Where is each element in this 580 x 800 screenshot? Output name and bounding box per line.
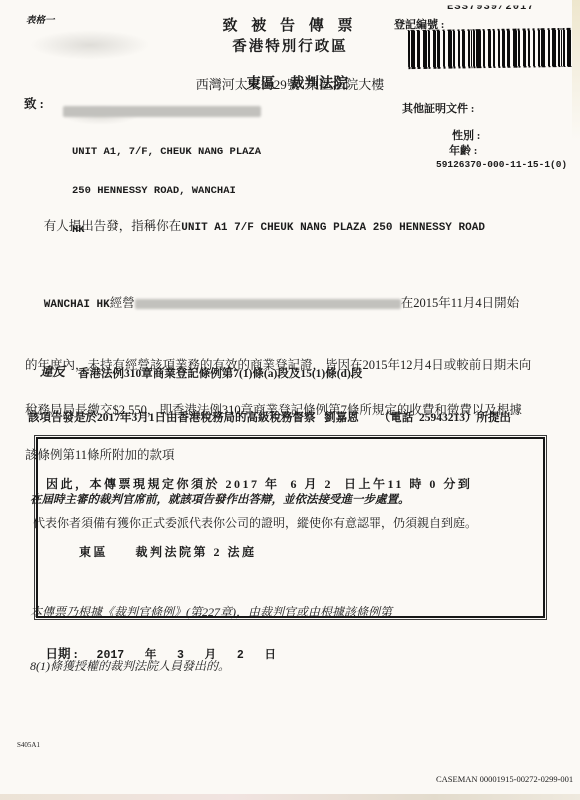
allegation-line2-en: WANCHAI HK bbox=[44, 299, 110, 311]
contravention-label: 違反 bbox=[40, 362, 65, 380]
representative-note: 代表你者須備有獲你正式委派代表你公司的證明，縱使你有意認罪，仍須親自到庭。 bbox=[33, 514, 477, 531]
barcode-graphic bbox=[408, 28, 573, 69]
informant-line: 該項告發是於2017年3月1日由香港稅務局的高級稅務督察 劉嘉恩 （電話 259… bbox=[28, 409, 511, 425]
form-number-label: 表格一 bbox=[26, 12, 55, 26]
contravention-text: 香港法例310章商業登記條例第7(1)條(a)段及15(1)條(d)段 bbox=[78, 365, 362, 381]
region-title: 香港特別行政區 bbox=[150, 35, 430, 56]
date-value: 2017 年 3 月 2 日 bbox=[97, 649, 276, 662]
age-label: 年齡 : bbox=[449, 142, 477, 158]
allegation-line1: 有人提出告發，指稱你在UNIT A1 7/F CHEUK NANG PLAZA … bbox=[25, 204, 565, 251]
sex-label: 性別 : bbox=[452, 127, 480, 143]
form-code: S405A1 bbox=[17, 741, 40, 749]
hearing-gap bbox=[108, 545, 136, 559]
date-line: 日期 : 2017 年 3 月 2 日 bbox=[33, 629, 276, 677]
redaction-bar-business bbox=[135, 299, 401, 309]
appear-note: 在屆時主審的裁判官席前，就該項告發作出答辯，並依法接受進一步處置。 bbox=[30, 491, 410, 507]
court-address: 西灣河太安街29號 東區法院大樓 bbox=[120, 74, 460, 93]
redaction-bar-name bbox=[63, 106, 261, 117]
hearing-courtroom: 裁判法院第 2 法庭 bbox=[136, 545, 257, 559]
to-label: 致 : bbox=[24, 94, 44, 112]
other-documents-label: 其他証明文件 : bbox=[402, 100, 474, 116]
date-spacer bbox=[78, 647, 97, 661]
allegation-line1-en: UNIT A1 7/F CHEUK NANG PLAZA 250 HENNESS… bbox=[181, 222, 485, 234]
caseman-reference: CASEMAN 00001915-00272-0299-001 bbox=[436, 774, 573, 784]
authority-line1: 本傳票乃根據《裁判官條例》(第227章)，由裁判官或由根據該條例第 bbox=[30, 603, 480, 621]
recipient-address-line1: UNIT A1, 7/F, CHEUK NANG PLAZA bbox=[72, 146, 261, 159]
allegation-line2-zh: 經營 bbox=[110, 296, 135, 310]
file-reference-number: 59126370-000-11-15-1(0) bbox=[436, 159, 567, 170]
allegation-line2-post: 在2015年11月4日開始 bbox=[401, 296, 519, 310]
document-title: 致 被 告 傳 票 bbox=[150, 14, 430, 35]
allegation-line1-zh: 有人提出告發，指稱你在 bbox=[44, 219, 182, 233]
date-label: 日期 : bbox=[46, 647, 78, 661]
scan-edge-tint-right bbox=[572, 0, 580, 140]
allegation-line2: WANCHAI HK經營在2015年11月4日開始 bbox=[25, 281, 565, 328]
scan-smudge bbox=[30, 30, 150, 60]
scan-edge-strip-bottom bbox=[0, 794, 580, 800]
summons-document: 表格一 致 被 告 傳 票 香港特別行政區 東區 裁判法院 西灣河太安街29號 … bbox=[0, 0, 580, 800]
registration-number-value: ESS7939/2017 bbox=[447, 1, 535, 13]
hearing-court-district: 東區 bbox=[79, 545, 108, 559]
